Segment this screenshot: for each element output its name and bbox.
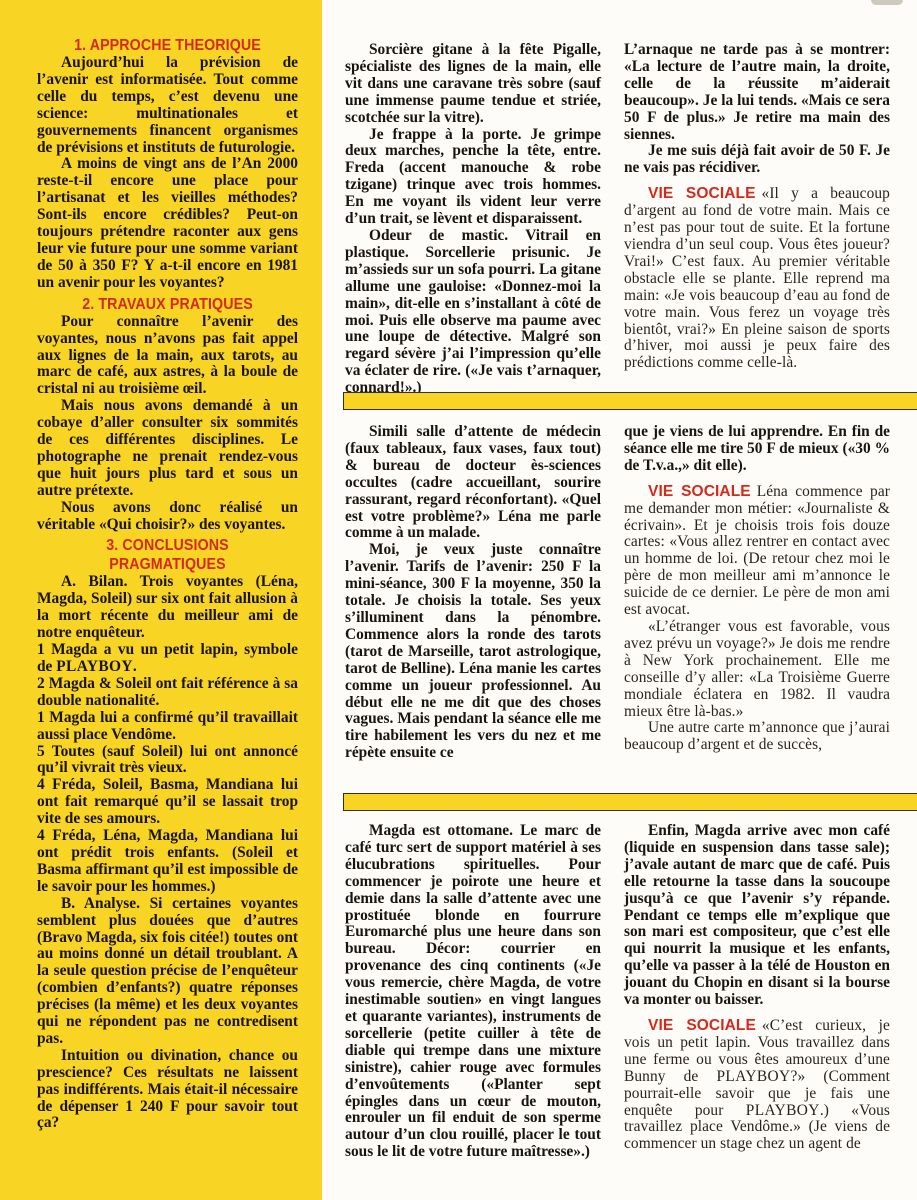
block-freda-middle: Sorcière gitane à la fête Pigalle, spéci… xyxy=(345,42,601,397)
page-edge-tab xyxy=(871,0,903,5)
paragraph-bilan: A. Bilan. Trois voyantes (Léna, Magda, S… xyxy=(37,574,298,642)
paragraph: Une autre carte m’annonce que j’aurai be… xyxy=(624,720,890,754)
vie-sociale-paragraph: VIE SOCIALE«C’est curieux, je vois un pe… xyxy=(624,1018,890,1153)
paragraph: «L’étranger vous est favorable, vous ave… xyxy=(624,619,890,720)
section-divider-band xyxy=(343,392,917,410)
block-lena-right: que je viens de lui apprendre. En fin de… xyxy=(624,424,890,754)
paragraph: Magda est ottomane. Le marc de café turc… xyxy=(345,823,601,1161)
brand-name: PLAYBOY xyxy=(716,1068,790,1085)
paragraph: A moins de vingt ans de l’An 2000 reste-… xyxy=(37,156,298,291)
paragraph: Je frappe à la porte. Je grimpe deux mar… xyxy=(345,127,601,228)
block-magda-middle: Magda est ottomane. Le marc de café turc… xyxy=(345,823,601,1161)
paragraph: Sorcière gitane à la fête Pigalle, spéci… xyxy=(345,42,601,127)
paragraph-analyse: B. Analyse. Si certaines voyantes semble… xyxy=(37,896,298,1048)
paragraph: Mais nous avons demandé à un cobaye d’al… xyxy=(37,398,298,499)
paragraph: Nous avons donc réalisé un véritable «Qu… xyxy=(37,500,298,534)
paragraph: Intuition ou divination, chance ou presc… xyxy=(37,1048,298,1133)
paragraph: Simili salle d’attente de médecin (faux … xyxy=(345,424,601,542)
list-item: 1 Magda lui a confirmé qu’il travaillait… xyxy=(37,710,298,744)
paragraph: Aujourd’hui la prévision de l’avenir est… xyxy=(37,55,298,156)
vie-sociale-label: VIE SOCIALE xyxy=(648,185,756,202)
paragraph: L’arnaque ne tarde pas à se montrer: «La… xyxy=(624,42,890,143)
vie-sociale-label: VIE SOCIALE xyxy=(648,1017,756,1034)
paragraph: Moi, je veux juste connaître l’avenir. T… xyxy=(345,542,601,762)
heading-conclusions-pragmatiques: 3. CONCLUSIONS PRAGMATIQUES xyxy=(47,536,287,574)
list-item: 5 Toutes (sauf Soleil) lui ont annoncé q… xyxy=(37,744,298,778)
heading-travaux-pratiques: 2. TRAVAUX PRATIQUES xyxy=(47,295,287,314)
block-magda-right: Enfin, Magda arrive avec mon café (liqui… xyxy=(624,823,890,1153)
section-divider-band xyxy=(343,793,917,811)
paragraph: Odeur de mastic. Vitrail en plastique. S… xyxy=(345,228,601,397)
block-lena-middle: Simili salle d’attente de médecin (faux … xyxy=(345,424,601,762)
paragraph: que je viens de lui apprendre. En fin de… xyxy=(624,424,890,475)
vie-sociale-paragraph: VIE SOCIALELéna commence par me demander… xyxy=(624,484,890,619)
block-freda-right: L’arnaque ne tarde pas à se montrer: «La… xyxy=(624,42,890,372)
paragraph: Je me suis déjà fait avoir de 50 F. Je n… xyxy=(624,143,890,177)
paragraph: Pour connaître l’avenir des voyantes, no… xyxy=(37,314,298,399)
list-item: 1 Magda a vu un petit lapin, symbole de … xyxy=(37,642,298,676)
heading-approche-theorique: 1. APPROCHE THEORIQUE xyxy=(47,36,287,55)
vie-sociale-paragraph: VIE SOCIALE«Il y a beaucoup d’argent au … xyxy=(624,186,890,372)
list-item: 4 Fréda, Léna, Magda, Mandiana lui ont p… xyxy=(37,828,298,896)
sidebar-panel: 1. APPROCHE THEORIQUE Aujourd’hui la pré… xyxy=(0,0,322,1200)
brand-name: PLAYBOY xyxy=(746,1102,820,1119)
brand-name: PLAYBOY xyxy=(56,658,133,675)
list-item: 2 Magda & Soleil ont fait référence à sa… xyxy=(37,676,298,710)
list-item: 4 Fréda, Soleil, Basma, Mandiana lui ont… xyxy=(37,777,298,828)
paragraph: Enfin, Magda arrive avec mon café (liqui… xyxy=(624,823,890,1009)
sidebar-content: 1. APPROCHE THEORIQUE Aujourd’hui la pré… xyxy=(37,36,298,1132)
vie-sociale-label: VIE SOCIALE xyxy=(648,483,751,500)
